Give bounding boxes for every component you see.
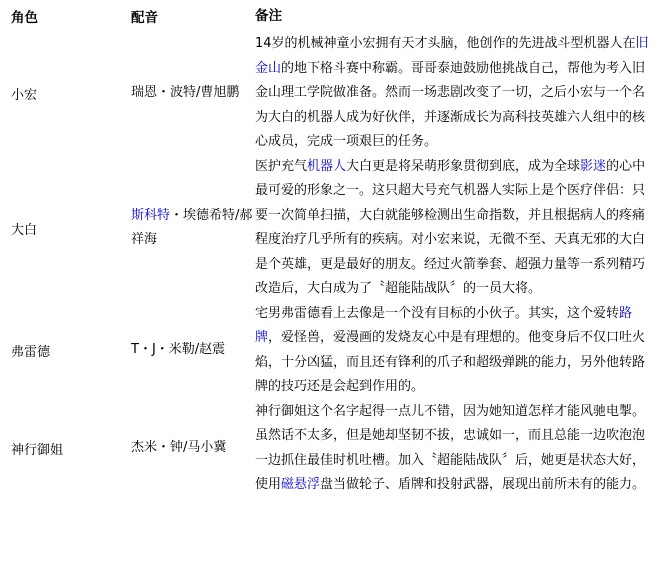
character-table: 角色 配音 备注 小宏 瑞恩・波特/曹旭鹏 14岁的机械神童小宏拥有天才头脑，他…: [0, 4, 650, 498]
role-name: 神行御姐: [11, 443, 63, 458]
header-notes: 备注: [255, 4, 650, 32]
notes-cell: 14岁的机械神童小宏拥有天才头脑，他创作的先进战斗型机器人在旧金山的地下格斗赛中…: [255, 32, 650, 155]
notes-cell: 宅男弗雷德看上去像是一个没有目标的小伙子。其实，这个爱转路牌，爱怪兽，爱漫画的发…: [255, 302, 650, 400]
table-row: 大白 斯科特・埃德希特/郝祥海 医护充气机器人大白更是将呆萌形象贯彻到底，成为全…: [0, 155, 650, 302]
table-row: 小宏 瑞恩・波特/曹旭鹏 14岁的机械神童小宏拥有天才头脑，他创作的先进战斗型机…: [0, 32, 650, 155]
role-name: 小宏: [11, 88, 37, 103]
notes-cell: 神行御姐这个名字起得一点儿不错，因为她知道怎样才能风驰电掣。虽然话不太多，但是她…: [255, 400, 650, 498]
notes-link[interactable]: 机器人: [307, 159, 346, 174]
notes-text: 大白更是将呆萌形象贯彻到底，成为全球: [346, 159, 580, 174]
voice-actor-cell: 斯科特・埃德希特/郝祥海: [131, 155, 255, 302]
notes-link[interactable]: 影迷: [580, 159, 606, 174]
voice-actor-text: 杰米・钟/马小冀: [131, 440, 226, 455]
notes-link[interactable]: 磁悬浮: [281, 477, 320, 492]
voice-actor-cell: T・J・米勒/赵震: [131, 302, 255, 400]
table-row: 神行御姐 杰米・钟/马小冀 神行御姐这个名字起得一点儿不错，因为她知道怎样才能风…: [0, 400, 650, 498]
role-name: 大白: [11, 223, 37, 238]
notes-text: 的地下格斗赛中称霸。哥哥泰迪鼓励他挑战自己，帮他为考入旧金山理工学院做准备。然而…: [255, 61, 645, 150]
role-cell: 大白: [0, 155, 131, 302]
voice-actor-cell: 杰米・钟/马小冀: [131, 400, 255, 498]
notes-text: ，爱怪兽，爱漫画的发烧友心中是有理想的。他变身后不仅口吐火焰，十分凶猛，而且还有…: [255, 330, 645, 394]
role-cell: 神行御姐: [0, 400, 131, 498]
voice-actor-text: 瑞恩・波特/曹旭鹏: [131, 85, 239, 100]
role-cell: 小宏: [0, 32, 131, 155]
voice-actor-link[interactable]: 斯科特: [131, 208, 170, 223]
notes-text: 14岁的机械神童小宏拥有天才头脑，他创作的先进战斗型机器人在: [255, 36, 636, 51]
notes-text: 的心中最可爱的形象之一。这只超大号充气机器人实际上是个医疗伴侣：只要一次简单扫描…: [255, 159, 645, 297]
header-role: 角色: [0, 4, 131, 32]
table-header-row: 角色 配音 备注: [0, 4, 650, 32]
header-voice-actor: 配音: [131, 4, 255, 32]
notes-text: 宅男弗雷德看上去像是一个没有目标的小伙子。其实，这个爱转: [255, 306, 619, 321]
voice-actor-cell: 瑞恩・波特/曹旭鹏: [131, 32, 255, 155]
notes-text: 医护充气: [255, 159, 307, 174]
role-cell: 弗雷德: [0, 302, 131, 400]
notes-cell: 医护充气机器人大白更是将呆萌形象贯彻到底，成为全球影迷的心中最可爱的形象之一。这…: [255, 155, 650, 302]
notes-text: 盘当做轮子、盾牌和投射武器，展现出前所未有的能力。: [320, 477, 645, 492]
voice-actor-text: T・J・米勒/赵震: [131, 342, 225, 357]
table-row: 弗雷德 T・J・米勒/赵震 宅男弗雷德看上去像是一个没有目标的小伙子。其实，这个…: [0, 302, 650, 400]
role-name: 弗雷德: [11, 345, 50, 360]
